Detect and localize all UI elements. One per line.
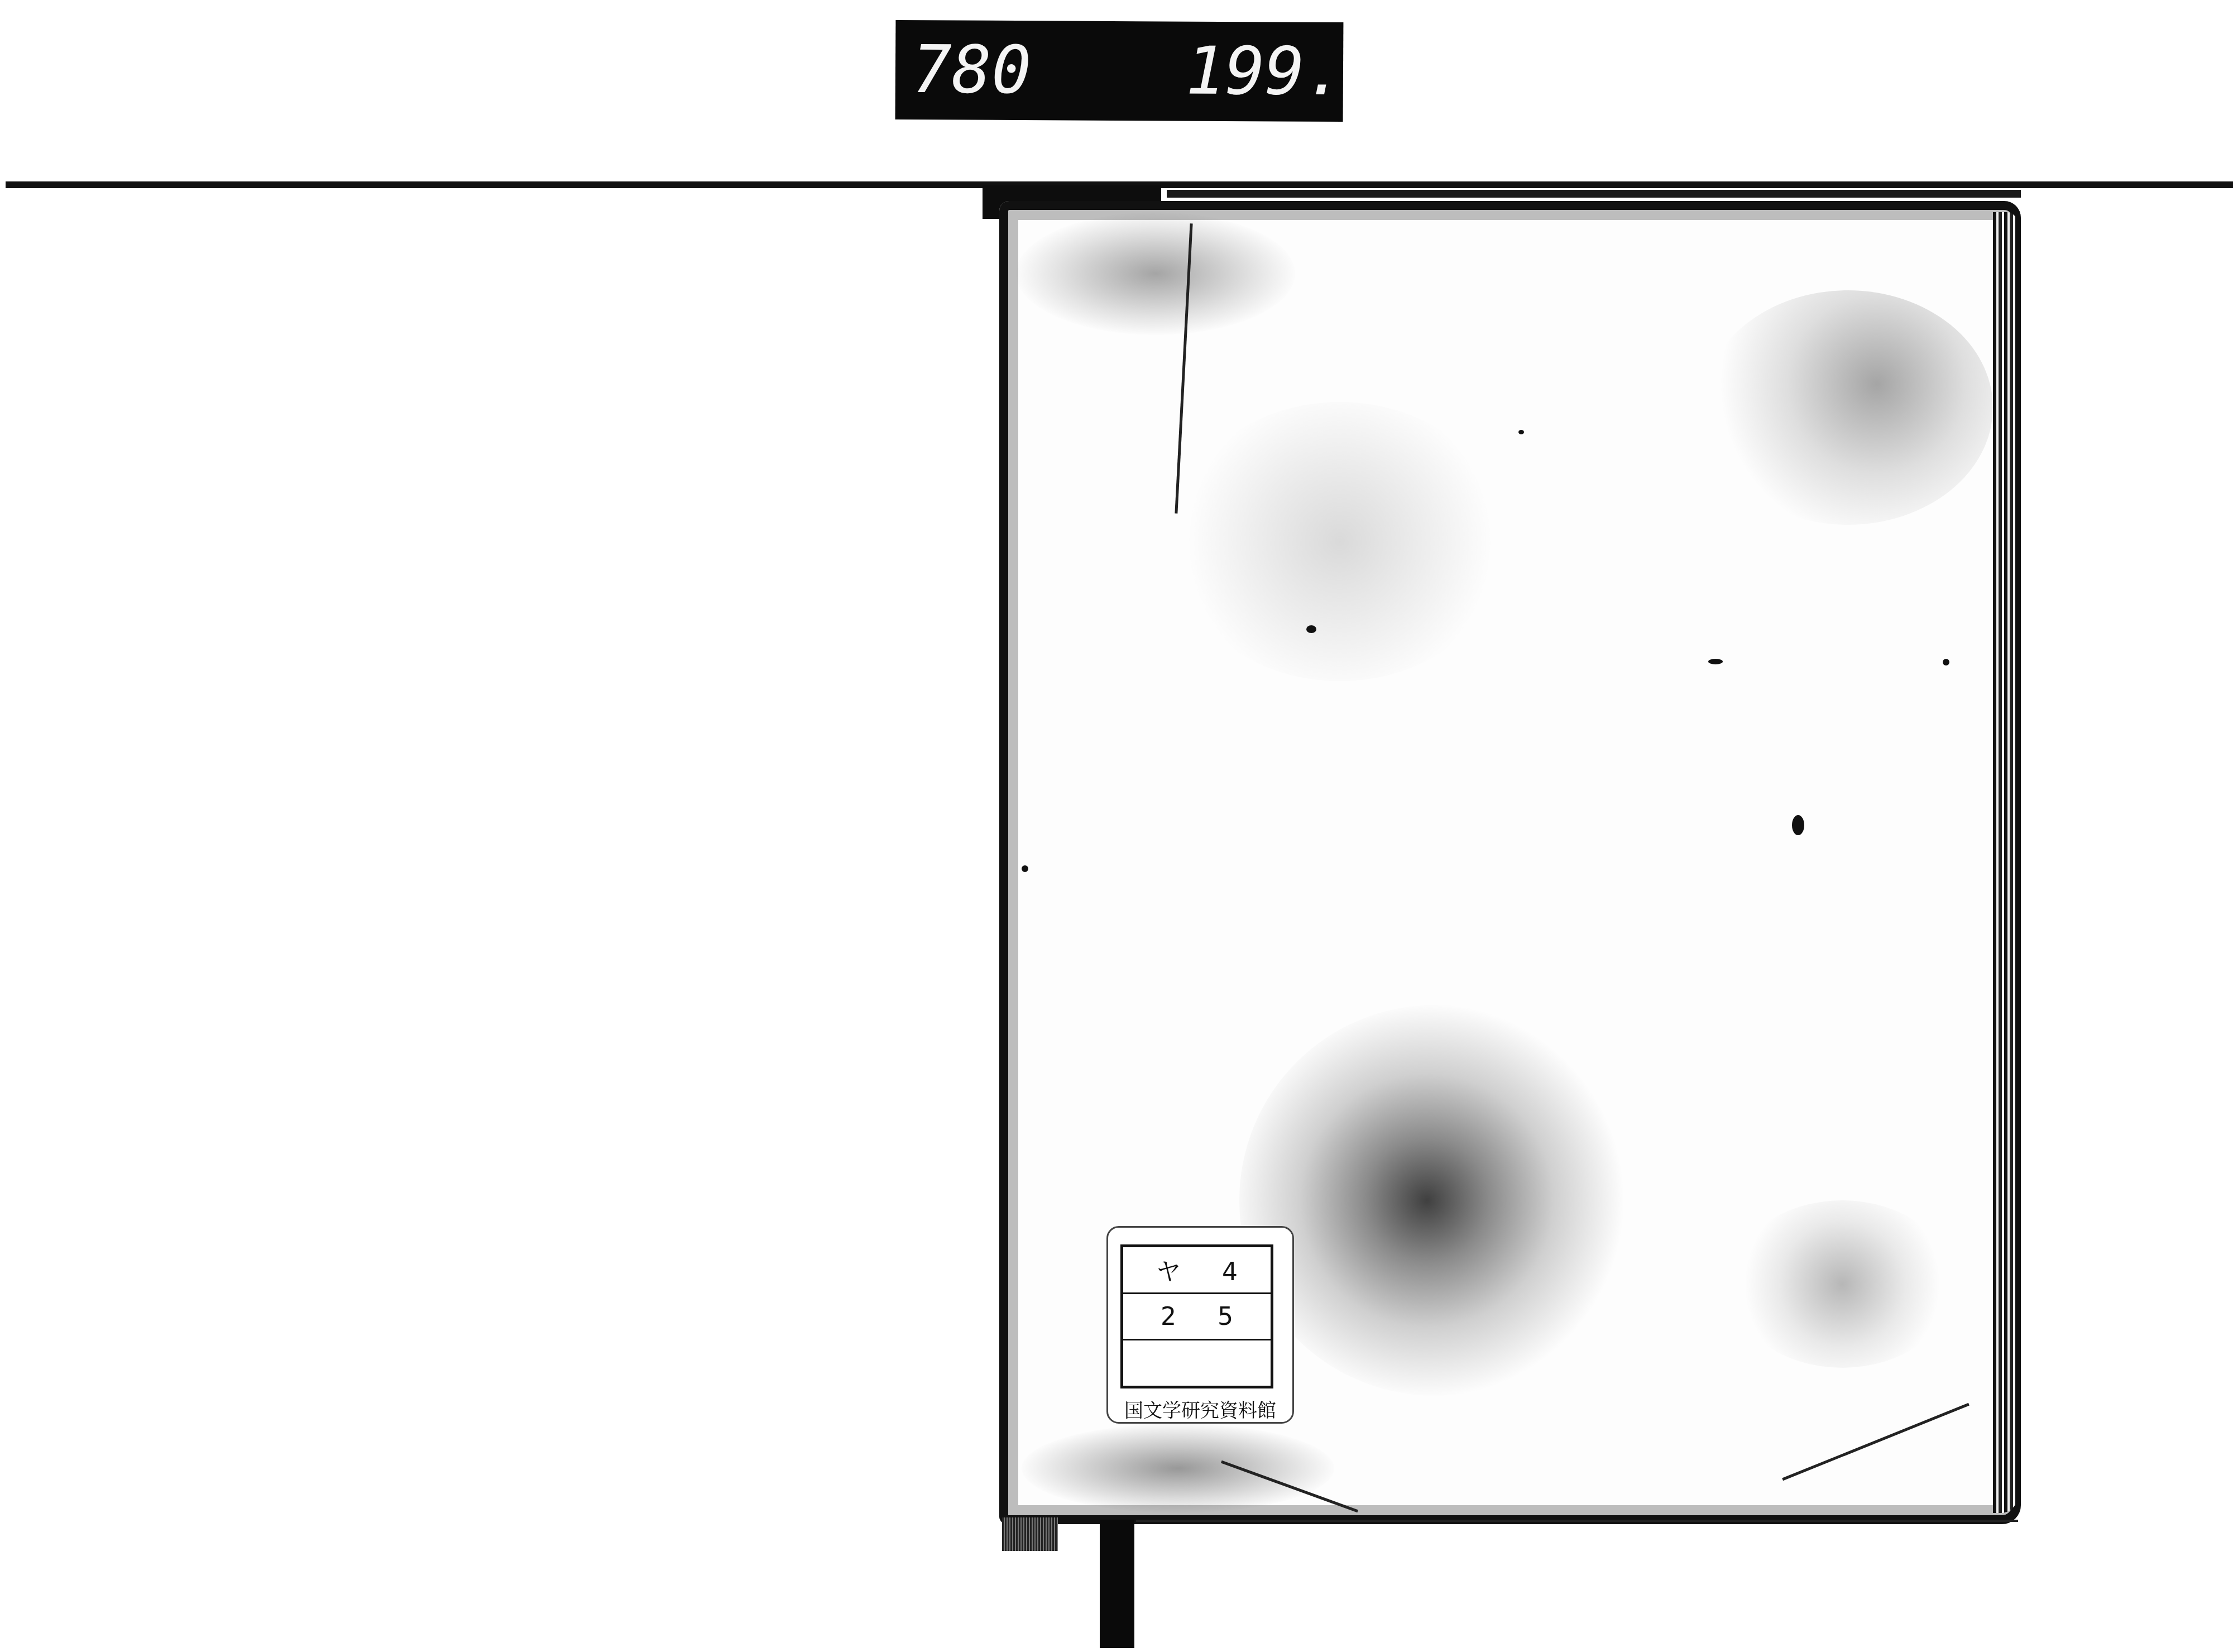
cover-speck [1708, 659, 1723, 664]
cover-speck [1022, 865, 1028, 872]
cover-stain-large [1239, 1005, 1630, 1396]
cover-speck [1306, 625, 1316, 633]
cover-speck [1943, 659, 1949, 665]
call-number-row-2: 2 5 [1123, 1292, 1271, 1339]
call-number-row-1: ヤ 4 [1123, 1247, 1271, 1292]
cover-speck [1792, 815, 1804, 835]
book-bottom-edge [1136, 1520, 2018, 1522]
institution-name: 国文学研究資料館 [1108, 1395, 1292, 1423]
cover-stain [1703, 290, 1993, 525]
cover-stain [1022, 1424, 1334, 1513]
book-right-edge [1993, 212, 2018, 1513]
call-number-row-3 [1123, 1339, 1271, 1386]
cover-stain [1016, 212, 1295, 335]
cover-stain [1731, 1200, 1954, 1368]
library-call-number-label: ヤ 4 2 5 国文学研究資料館 [1106, 1226, 1294, 1424]
call-number-table: ヤ 4 2 5 [1120, 1244, 1273, 1388]
counter-right-number: 199. [1186, 37, 1345, 105]
book-bottom-shadow [1002, 1517, 1058, 1551]
book-top-edge [1167, 190, 2021, 198]
counter-left-number: 780 [912, 36, 1032, 103]
cover-stain [1172, 402, 1507, 681]
bookmark-ribbon [1100, 1520, 1134, 1648]
frame-counter-display: 780 199. [895, 20, 1344, 122]
cover-speck [1518, 430, 1524, 434]
